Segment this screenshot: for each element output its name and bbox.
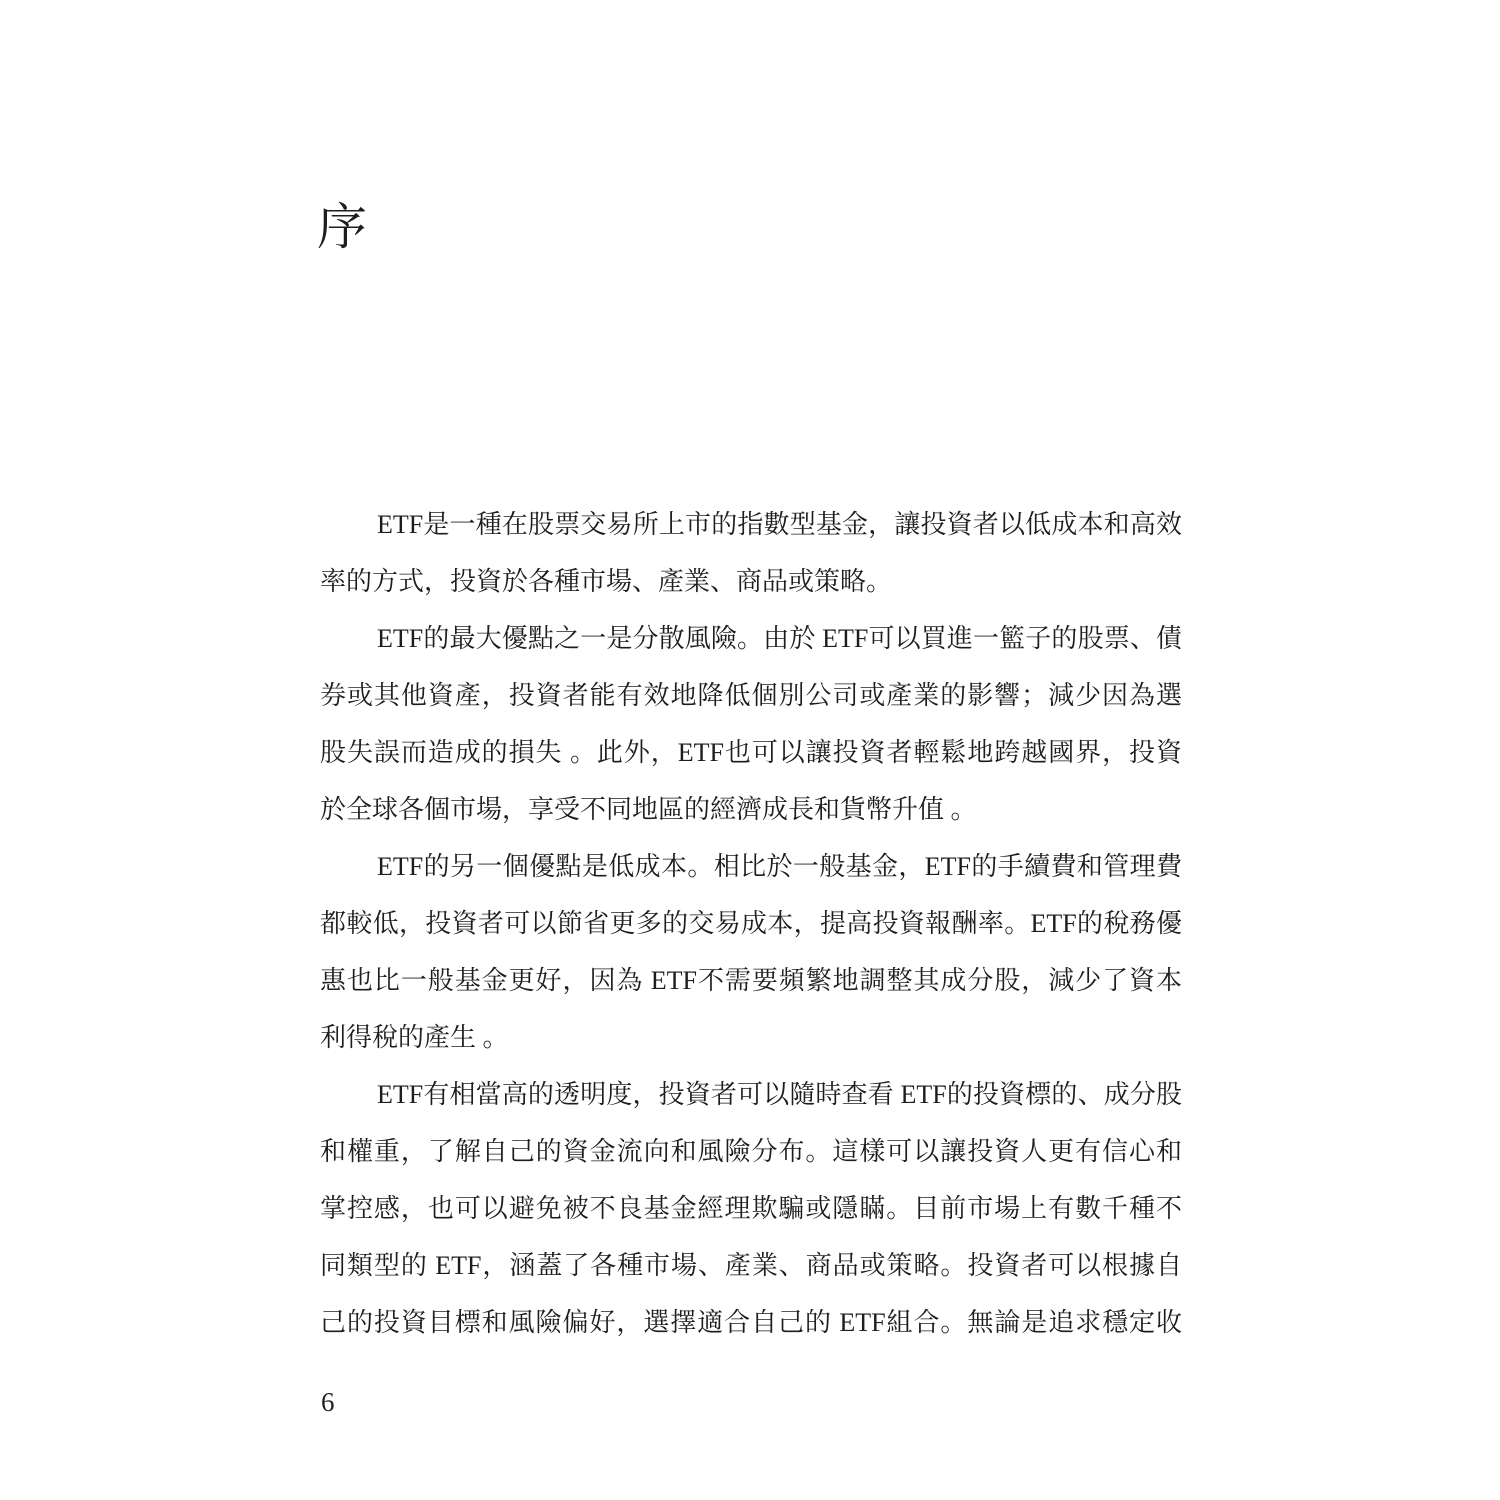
text-line: 惠也比一般基金更好，因為 ETF不需要頻繁地調整其成分股，減少了資本 [320, 952, 1182, 1009]
text-line: 都較低，投資者可以節省更多的交易成本，提高投資報酬率。ETF的稅務優 [320, 895, 1182, 952]
text-line: 和權重，了解自己的資金流向和風險分布。這樣可以讓投資人更有信心和 [320, 1123, 1182, 1180]
text-line: 於全球各個市場，享受不同地區的經濟成長和貨幣升值 。 [320, 781, 1182, 838]
text-line: 掌控感，也可以避免被不良基金經理欺騙或隱瞞。目前市場上有數千種不 [320, 1180, 1182, 1237]
page-title: 序 [317, 200, 367, 255]
text-line: ETF的另一個優點是低成本。相比於一般基金，ETF的手續費和管理費 [320, 838, 1182, 895]
paragraph-1: ETF是一種在股票交易所上市的指數型基金，讓投資者以低成本和高效 率的方式，投資… [320, 496, 1182, 610]
paragraph-3: ETF的另一個優點是低成本。相比於一般基金，ETF的手續費和管理費 都較低，投資… [320, 838, 1182, 1066]
page-number: 6 [321, 1386, 335, 1418]
paragraph-4: ETF有相當高的透明度，投資者可以隨時查看 ETF的投資標的、成分股 和權重，了… [320, 1066, 1182, 1351]
text-line: ETF的最大優點之一是分散風險。由於 ETF可以買進一籃子的股票、債 [320, 610, 1182, 667]
text-line: 券或其他資產，投資者能有效地降低個別公司或產業的影響；減少因為選 [320, 667, 1182, 724]
text-line: ETF是一種在股票交易所上市的指數型基金，讓投資者以低成本和高效 [320, 496, 1182, 553]
text-line: 股失誤而造成的損失 。此外，ETF也可以讓投資者輕鬆地跨越國界，投資 [320, 724, 1182, 781]
paragraph-2: ETF的最大優點之一是分散風險。由於 ETF可以買進一籃子的股票、債 券或其他資… [320, 610, 1182, 838]
text-line: 同類型的 ETF，涵蓋了各種市場、產業、商品或策略。投資者可以根據自 [320, 1237, 1182, 1294]
book-page: 序 ETF是一種在股票交易所上市的指數型基金，讓投資者以低成本和高效 率的方式，… [0, 0, 1500, 1500]
text-line: 己的投資目標和風險偏好，選擇適合自己的 ETF組合。無論是追求穩定收 [320, 1294, 1182, 1351]
body-text: ETF是一種在股票交易所上市的指數型基金，讓投資者以低成本和高效 率的方式，投資… [320, 496, 1182, 1351]
text-line: 率的方式，投資於各種市場、產業、商品或策略。 [320, 553, 1182, 610]
text-line: ETF有相當高的透明度，投資者可以隨時查看 ETF的投資標的、成分股 [320, 1066, 1182, 1123]
text-line: 利得稅的產生 。 [320, 1009, 1182, 1066]
